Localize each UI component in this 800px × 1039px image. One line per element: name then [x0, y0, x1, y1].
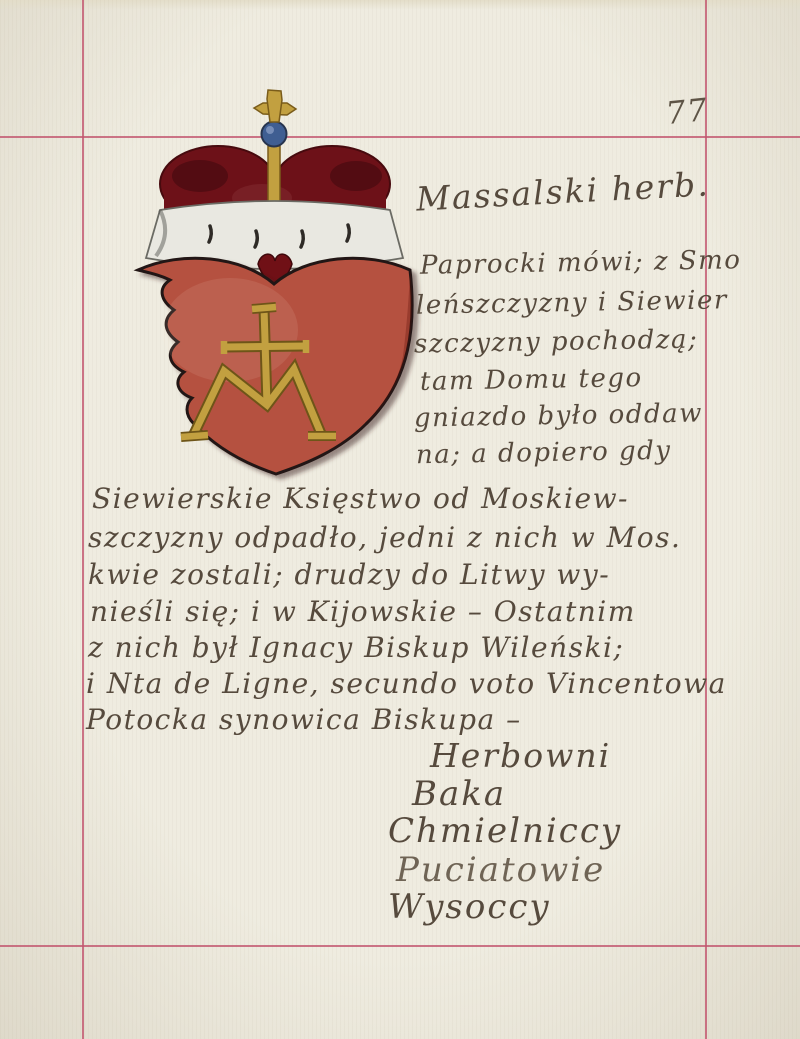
text-line: leńszczyzny i Siewier [416, 285, 728, 320]
princely-cap-icon [146, 90, 403, 269]
text-line: tam Domu tego [420, 363, 643, 397]
family-name: Chmielniccy [388, 811, 622, 851]
ruled-line-horizontal-bottom [0, 945, 800, 947]
text-line: kwie zostali; drudzy do Litwy wy- [88, 558, 610, 591]
family-name: Puciatowie [396, 850, 605, 890]
cross-pattee-icon [254, 90, 296, 122]
text-line: na; a dopiero gdy [416, 436, 672, 470]
text-line: Siewierskie Księstwo od Moskiew- [92, 482, 629, 515]
shield-icon [138, 258, 412, 474]
family-name: Wysoccy [388, 887, 551, 927]
text-line: Potocka synowica Biskupa – [86, 703, 522, 736]
ruled-line-vertical-left [82, 0, 84, 1039]
manuscript-page: 77 [0, 0, 800, 1039]
text-line: szczyzny odpadło, jedni z nich w Mos. [88, 521, 681, 554]
text-line: Paprocki mówi; z Smo [420, 245, 742, 281]
text-line: nieśli się; i w Kijowskie – Ostatnim [90, 595, 636, 628]
list-header: Herbowni [430, 736, 611, 775]
text-line: i Nta de Ligne, secundo voto Vincentowa [86, 667, 727, 700]
coat-of-arms-illustration [112, 58, 434, 494]
text-line: z nich był Ignacy Biskup Wileński; [88, 631, 624, 664]
text-line: szczyzny pochodzą; [414, 325, 699, 360]
orb-icon [262, 122, 287, 147]
page-number: 77 [664, 92, 710, 132]
text-line: gniazdo było oddaw [414, 398, 703, 433]
family-name: Baka [412, 774, 506, 814]
ruled-line-vertical-right [705, 0, 707, 1039]
herb-title: Massalski herb. [415, 164, 710, 218]
